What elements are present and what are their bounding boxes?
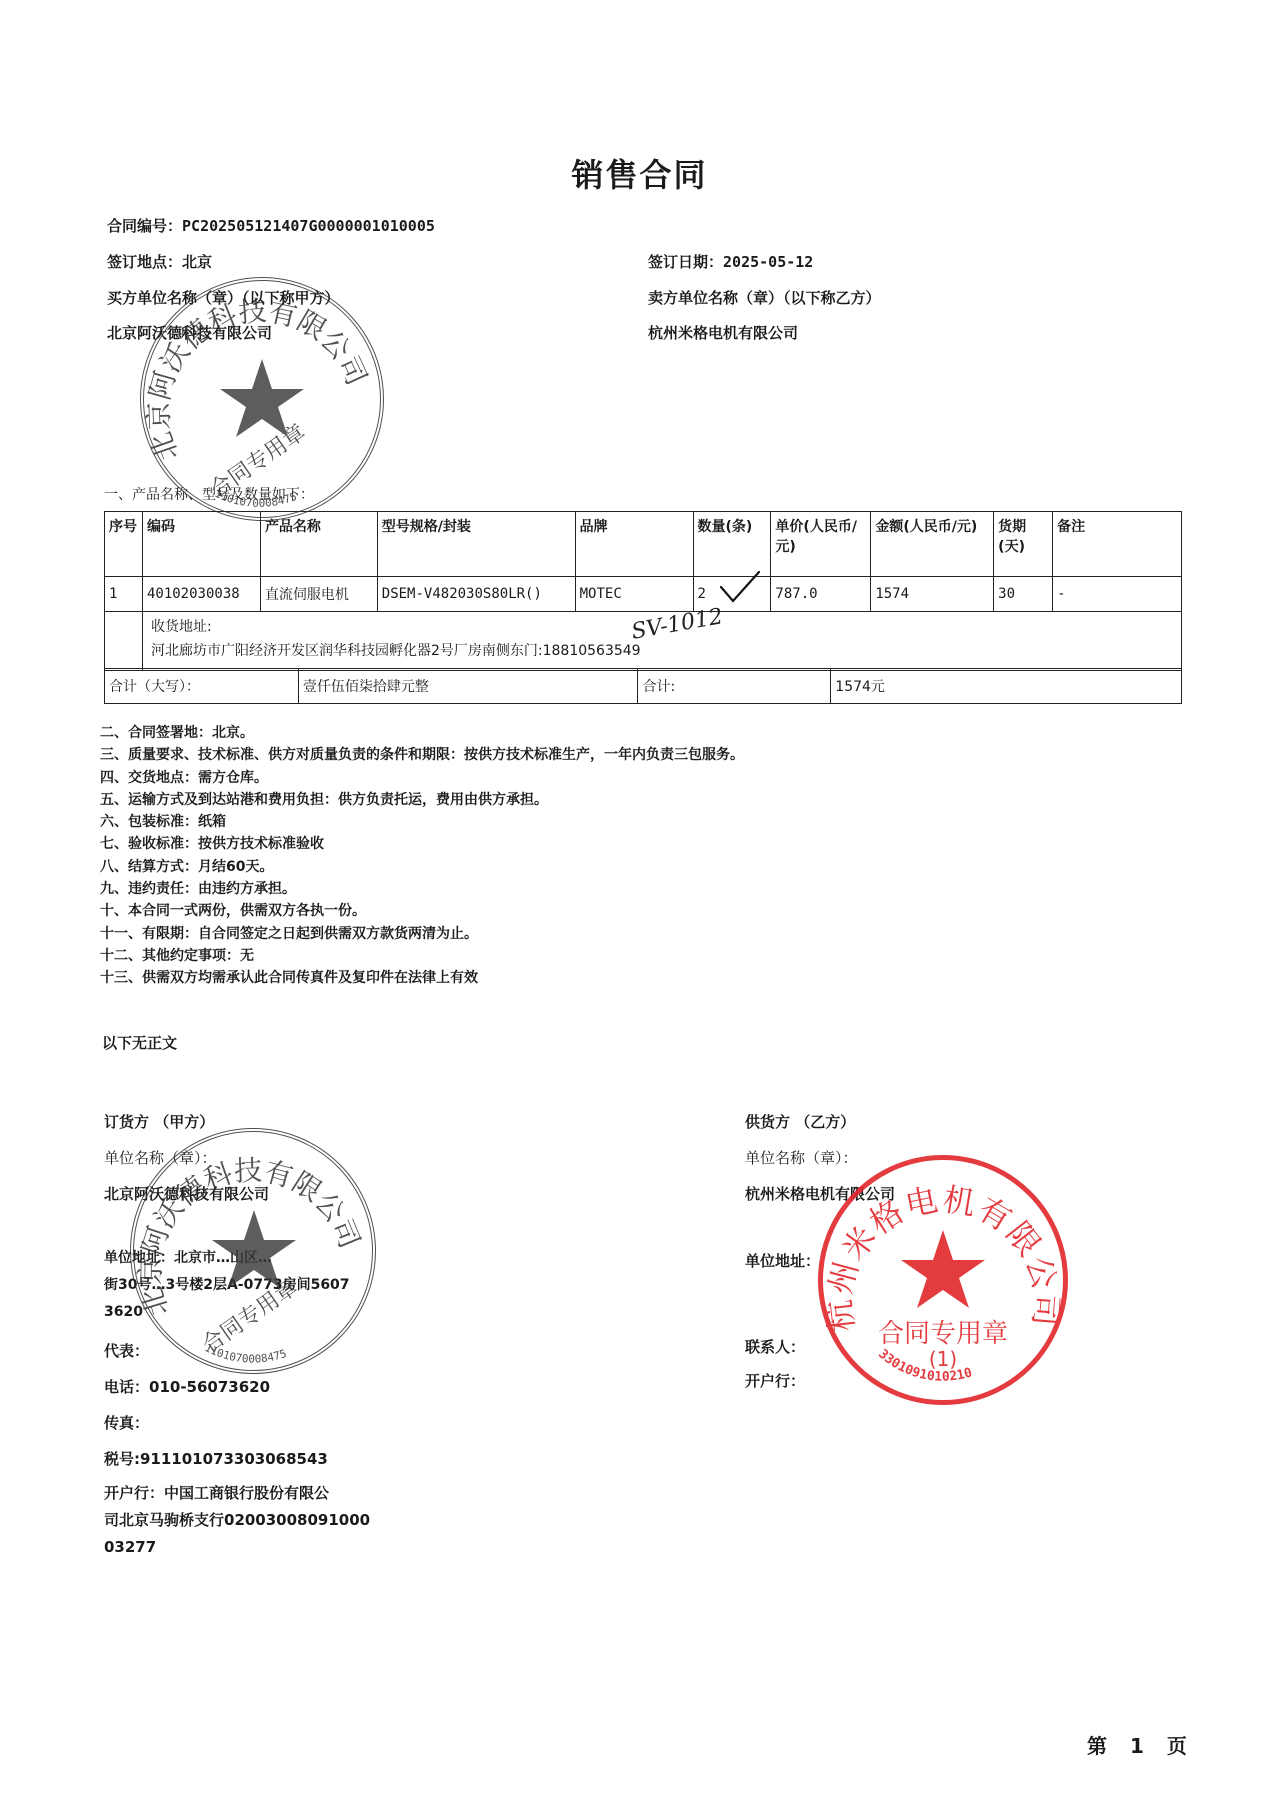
party-a-fax-label: 传真：: [104, 1405, 328, 1441]
party-a-tax-no: 911101073303068543: [140, 1450, 328, 1468]
delivery-address: 河北廊坊市广阳经济开发区润华科技园孵化器2号厂房南侧东门:18810563549: [151, 640, 1177, 660]
header-index: 序号: [105, 512, 143, 577]
cell-remark: -: [1053, 577, 1182, 612]
clause-item: 二、合同签署地：北京。: [100, 722, 744, 744]
party-a-bank-line1: 中国工商银行股份有限公: [164, 1484, 329, 1502]
total-table: 合计（大写）： 壹仟伍佰柒拾肆元整 合计: 1574元: [104, 668, 1182, 704]
header-model: 型号规格/封装: [377, 512, 575, 577]
cell-code: 40102030038: [142, 577, 260, 612]
clause-item: 七、验收标准：按供方技术标准验收: [100, 833, 744, 855]
sign-place: 北京: [182, 253, 212, 271]
cell-lead-time: 30: [994, 577, 1053, 612]
party-a-heading: 订货方 （甲方）: [104, 1104, 269, 1140]
header-amount: 金额(人民币/元): [871, 512, 994, 577]
total-row: 合计（大写）： 壹仟伍佰柒拾肆元整 合计: 1574元: [105, 669, 1182, 704]
party-a-tax-label: 税号:: [104, 1450, 140, 1468]
sign-place-label: 签订地点：: [107, 253, 182, 271]
party-a-phone-label: 电话：: [104, 1378, 149, 1396]
party-a-bank-line2: 司北京马驹桥支行02003008091000: [104, 1507, 370, 1534]
buyer-heading: 买方单位名称（章）（以下称甲方）: [107, 287, 340, 308]
party-a-address-label: 单位地址：: [104, 1250, 174, 1266]
party-b-heading: 供货方 （乙方）: [745, 1104, 895, 1140]
table-header-row: 序号 编码 产品名称 型号规格/封装 品牌 数量(条) 单价(人民币/元) 金额…: [105, 512, 1182, 577]
party-b-name: 杭州米格电机有限公司: [745, 1176, 895, 1212]
cell-model: DSEM-V482030S80LR(): [377, 577, 575, 612]
party-a-address-line1: 北京市…山区…: [174, 1250, 272, 1266]
header-unit-price: 单价(人民币/元): [771, 512, 871, 577]
svg-text:北京阿沃德科技有限公司: 北京阿沃德科技有限公司: [144, 294, 373, 465]
header-brand: 品牌: [575, 512, 693, 577]
cell-unit-price: 787.0: [771, 577, 871, 612]
svg-text:(1): (1): [929, 1347, 957, 1371]
party-b-contact-label: 联系人：: [745, 1336, 805, 1357]
clause-item: 八、结算方式：月结60天。: [100, 856, 744, 878]
contract-number-row: 合同编号：PC202505121407G0000001010005: [107, 215, 435, 236]
svg-text:3301091010210: 3301091010210: [875, 1347, 974, 1385]
contract-number: PC202505121407G0000001010005: [182, 217, 435, 235]
header-remark: 备注: [1053, 512, 1182, 577]
party-a-name: 北京阿沃德科技有限公司: [104, 1176, 269, 1212]
total-value: 1574元: [831, 669, 1182, 704]
clauses-list: 二、合同签署地：北京。 三、质量要求、技术标准、供方对质量负责的条件和期限：按供…: [100, 722, 744, 990]
party-b-block: 供货方 （乙方） 单位名称（章）： 杭州米格电机有限公司: [745, 1104, 895, 1212]
sign-date: 2025-05-12: [723, 253, 813, 271]
header-name: 产品名称: [260, 512, 377, 577]
cell-amount: 1574: [871, 577, 994, 612]
header-qty: 数量(条): [693, 512, 771, 577]
buyer-stamp-graphic: 北京阿沃德科技有限公司 合同专用章 1101070008475: [144, 281, 380, 517]
qty-value: 2: [698, 586, 706, 602]
sign-place-row: 签订地点：北京: [107, 251, 212, 272]
cell-index: 1: [105, 577, 143, 612]
party-a-address-line3: 3620: [104, 1299, 350, 1326]
cell-name: 直流伺服电机: [260, 577, 377, 612]
seller-heading: 卖方单位名称（章）（以下称乙方）: [648, 287, 881, 308]
party-a-rep-label: 代表：: [104, 1333, 328, 1369]
checkmark-icon: [718, 569, 762, 607]
party-a-contact-block: 代表： 电话：010-56073620 传真： 税号:9111010733030…: [104, 1333, 328, 1477]
sign-date-label: 签订日期：: [648, 253, 723, 271]
delivery-address-row: 收货地址: 河北廊坊市广阳经济开发区润华科技园孵化器2号厂房南侧东门:18810…: [105, 612, 1182, 671]
clause-item: 九、违约责任：由违约方承担。: [100, 878, 744, 900]
clause-item: 十二、其他约定事项：无: [100, 945, 744, 967]
total-label: 合计:: [638, 669, 831, 704]
party-a-address-line2: 街30号…3号楼2层A-0773房间5607: [104, 1272, 350, 1299]
party-b-bank-label: 开户行：: [745, 1370, 805, 1391]
clause-item: 十一、有限期：自合同签定之日起到供需双方款货两清为止。: [100, 923, 744, 945]
header-code: 编码: [142, 512, 260, 577]
party-a-bank-label: 开户行：: [104, 1484, 164, 1502]
svg-text:合同专用章: 合同专用章: [878, 1319, 1008, 1349]
delivery-address-cell: 收货地址: 河北廊坊市广阳经济开发区润华科技园孵化器2号厂房南侧东门:18810…: [142, 612, 1181, 671]
header-lead-time: 货期(天): [994, 512, 1053, 577]
total-words-label: 合计（大写）：: [105, 669, 299, 704]
clause-item: 四、交货地点：需方仓库。: [100, 767, 744, 789]
clause-item: 十三、供需双方均需承认此合同传真件及复印件在法律上有效: [100, 967, 744, 989]
clause-item: 六、包装标准：纸箱: [100, 811, 744, 833]
party-a-phone: 010-56073620: [149, 1378, 270, 1396]
table-row: 1 40102030038 直流伺服电机 DSEM-V482030S80LR()…: [105, 577, 1182, 612]
clause-item: 三、质量要求、技术标准、供方对质量负责的条件和期限：按供方技术标准生产，一年内负…: [100, 744, 744, 766]
page-number: 第 1 页: [1087, 1730, 1195, 1759]
seller-name: 杭州米格电机有限公司: [648, 322, 798, 343]
no-more-text: 以下无正文: [102, 1032, 177, 1053]
products-section-title: 一、产品名称、型号及数量如下：: [104, 484, 314, 504]
sign-date-row: 签订日期：2025-05-12: [648, 251, 813, 272]
party-a-bank-line3: 03277: [104, 1534, 370, 1561]
cell-brand: MOTEC: [575, 577, 693, 612]
party-a-block: 订货方 （甲方） 单位名称（章）： 北京阿沃德科技有限公司: [104, 1104, 269, 1212]
clause-item: 十、本合同一式两份，供需双方各执一份。: [100, 900, 744, 922]
party-a-address-block: 单位地址：北京市…山区… 街30号…3号楼2层A-0773房间5607 3620: [104, 1245, 350, 1326]
product-table: 序号 编码 产品名称 型号规格/封装 品牌 数量(条) 单价(人民币/元) 金额…: [104, 511, 1182, 671]
party-b-name-label: 单位名称（章）：: [745, 1140, 895, 1176]
party-a-name-label: 单位名称（章）：: [104, 1140, 269, 1176]
party-a-bank-block: 开户行：中国工商银行股份有限公 司北京马驹桥支行02003008091000 0…: [104, 1480, 370, 1561]
total-words: 壹仟伍佰柒拾肆元整: [298, 669, 638, 704]
clause-item: 五、运输方式及到达站港和费用负担：供方负责托运，费用由供方承担。: [100, 789, 744, 811]
contract-number-label: 合同编号：: [107, 217, 182, 235]
party-b-address-label: 单位地址：: [745, 1250, 820, 1271]
document-title: 销售合同: [0, 150, 1279, 196]
buyer-name: 北京阿沃德科技有限公司: [107, 322, 272, 343]
